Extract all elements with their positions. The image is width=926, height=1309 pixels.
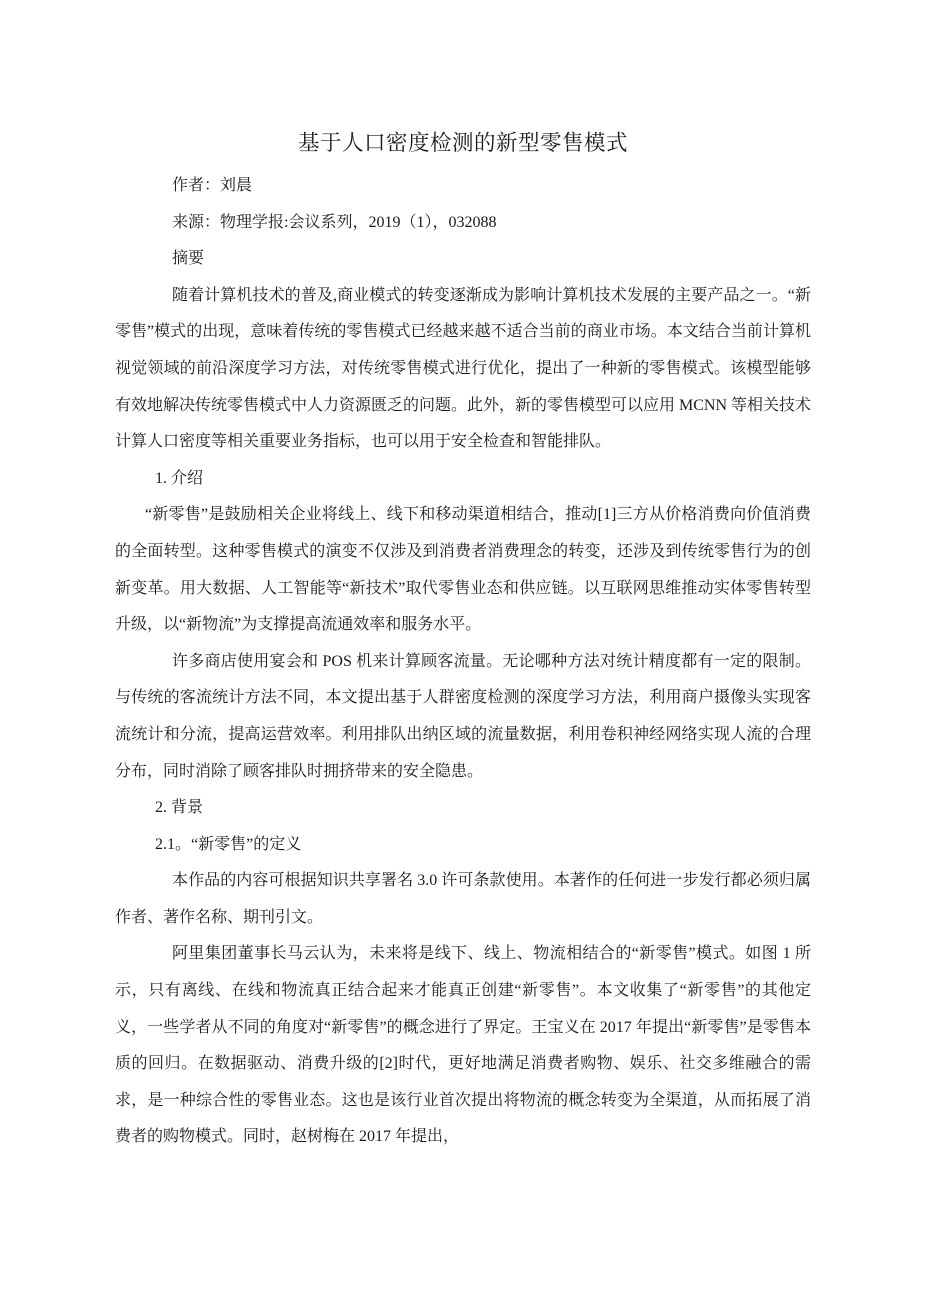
paragraph-intro-2: 许多商店使用宴会和 POS 机来计算顾客流量。无论哪种方法对统计精度都有一定的限…	[115, 644, 811, 790]
abstract-paragraph: 随着计算机技术的普及,商业模式的转变逐渐成为影响计算机技术发展的主要产品之一。“…	[115, 278, 811, 461]
subsection-heading-new-retail-definition: 2.1。“新零售”的定义	[115, 827, 811, 864]
paper-title: 基于人口密度检测的新型零售模式	[115, 118, 811, 168]
paragraph-background-1: 本作品的内容可根据知识共享署名 3.0 许可条款使用。本著作的任何进一步发行都必…	[115, 863, 811, 936]
section-heading-background: 2. 背景	[115, 790, 811, 827]
source-line: 来源：物理学报:会议系列，2019（1），032088	[115, 205, 811, 242]
paragraph-intro-1: “新零售”是鼓励相关企业将线上、线下和移动渠道相结合，推动[1]三方从价格消费向…	[115, 497, 811, 643]
page-content: 基于人口密度检测的新型零售模式 作者：刘晨 来源：物理学报:会议系列，2019（…	[0, 0, 926, 1156]
abstract-heading: 摘要	[115, 241, 811, 278]
paragraph-background-2: 阿里集团董事长马云认为，未来将是线下、线上、物流相结合的“新零售”模式。如图 1…	[115, 936, 811, 1156]
document-page: 基于人口密度检测的新型零售模式 作者：刘晨 来源：物理学报:会议系列，2019（…	[0, 0, 926, 1309]
section-heading-introduction: 1. 介绍	[115, 461, 811, 498]
author-line: 作者：刘晨	[115, 168, 811, 205]
document-body: 作者：刘晨 来源：物理学报:会议系列，2019（1），032088 摘要 随着计…	[115, 168, 811, 1156]
